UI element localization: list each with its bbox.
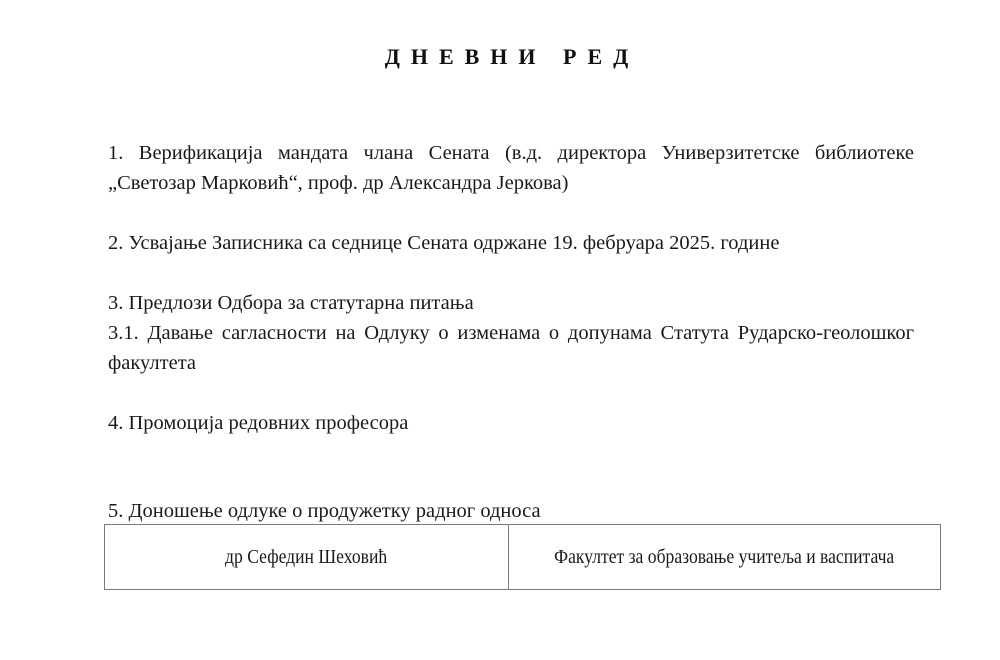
agenda-list: 1. Верификација мандата члана Сената (в.… <box>108 138 914 468</box>
agenda-item-text: 3. Предлози Одбора за статутарна питања <box>108 288 914 318</box>
agenda-item-text: 4. Промоција редовних професора <box>108 408 914 438</box>
professor-name: др Сефедин Шеховић <box>225 544 387 571</box>
agenda-item-1: 1. Верификација мандата члана Сената (в.… <box>108 138 914 198</box>
agenda-item-2: 2. Усвајање Записника са седнице Сената … <box>108 228 914 258</box>
professor-name-cell: др Сефедин Шеховић <box>105 525 509 590</box>
agenda-item-4: 4. Промоција редовних професора <box>108 408 914 438</box>
faculty-cell: Факултет за образовање учитеља и васпита… <box>508 525 940 590</box>
table-row: др Сефедин Шеховић Факултет за образовањ… <box>105 525 941 590</box>
agenda-item-5: 5. Доношење одлуке о продужетку радног о… <box>108 496 541 526</box>
faculty-name: Факултет за образовање учитеља и васпита… <box>554 544 894 571</box>
employment-extension-table: др Сефедин Шеховић Факултет за образовањ… <box>104 524 941 590</box>
agenda-title: ДНЕВНИ РЕД <box>0 44 1000 70</box>
agenda-item-text: 1. Верификација мандата члана Сената (в.… <box>108 138 914 198</box>
agenda-item-3: 3. Предлози Одбора за статутарна питања … <box>108 288 914 378</box>
agenda-subitem-3-1: 3.1. Давање сагласности на Одлуку о изме… <box>108 318 914 378</box>
agenda-item-text: 2. Усвајање Записника са седнице Сената … <box>108 228 914 258</box>
